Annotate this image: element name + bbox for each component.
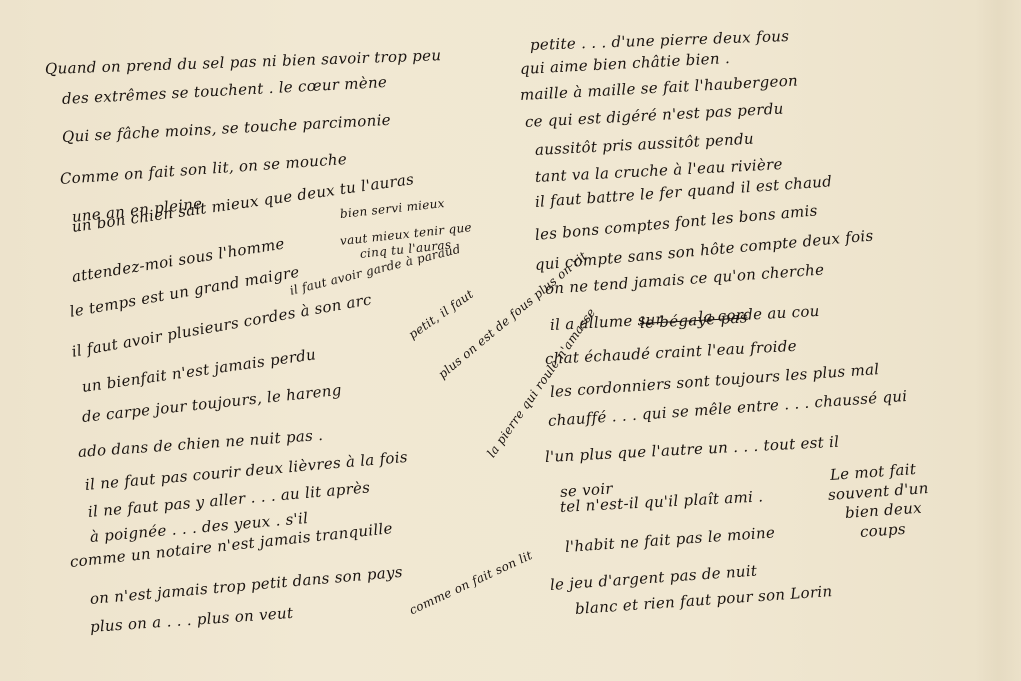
right-column-line: ce qui est digéré n'est pas perdu	[525, 101, 784, 130]
margin-annotation: petit, il faut	[407, 288, 476, 341]
margin-annotation: bien servi mieux	[339, 197, 445, 220]
left-column-line: des extrêmes se touchent . le cœur mène	[62, 75, 388, 107]
right-column-line: petite . . . d'une pierre deux fous	[530, 29, 790, 53]
right-column-line: chat échaudé craint l'eau froide	[545, 339, 798, 367]
right-column-line: l'habit ne fait pas le moine	[564, 525, 775, 555]
manuscript-page: Quand on prend du sel pas ni bien savoir…	[0, 0, 1021, 681]
right-column-line: maille à maille se fait l'haubergeon	[520, 73, 799, 103]
page-edge-shadow	[975, 0, 1021, 681]
right-column-line: aussitôt pris aussitôt pendu	[535, 132, 755, 158]
left-column-line: Qui se fâche moins, se touche parcimonie	[62, 113, 392, 145]
right-margin-note-line: coups	[859, 522, 906, 540]
left-column-line: plus on a . . . plus on veut	[89, 606, 293, 635]
left-column-line: Comme on fait son lit, on se mouche	[59, 152, 347, 187]
margin-annotation: comme on fait son lit	[407, 549, 534, 617]
right-column-line: qui aime bien châtie bien .	[520, 51, 731, 77]
right-margin-note-line: bien deux	[844, 501, 922, 521]
right-column-line: l'un plus que l'autre un . . . tout est …	[545, 435, 840, 465]
left-column-line: on n'est jamais trop petit dans son pays	[89, 565, 403, 607]
left-column-line: ado dans de chien ne nuit pas .	[77, 428, 323, 460]
struck-text: le bégaye pas	[640, 310, 748, 331]
